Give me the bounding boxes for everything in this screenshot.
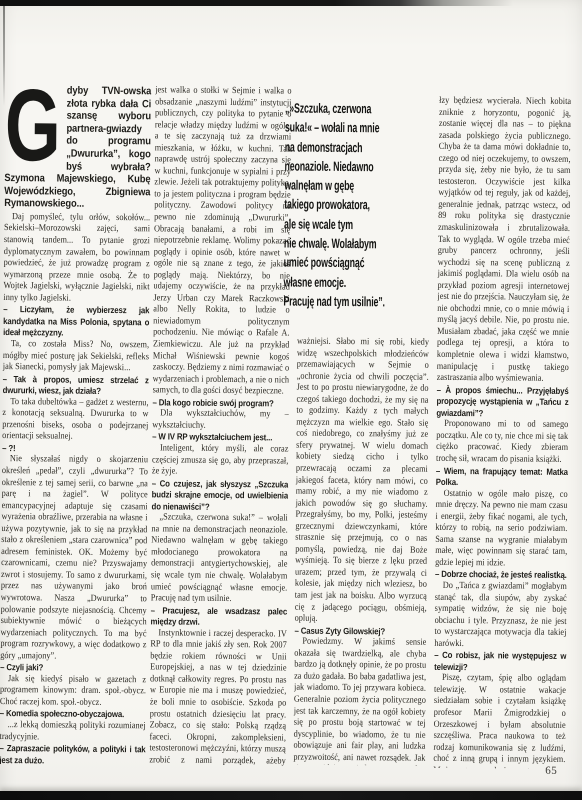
paragraph: – Pracujesz, ale wsadzasz palec między d… (151, 605, 288, 629)
column-3-paragraphs: ważniejsi. Słabo mi się robi, kiedy widz… (293, 337, 429, 766)
paragraph: Ostatnio w ogóle mało piszę, co mnie drę… (435, 488, 568, 570)
pull-quote: „»Szczuka, czerwona suka!« – wołali na m… (283, 98, 413, 311)
article-intro: Gdyby TVN-owska złota rybka dała Ci szan… (4, 84, 151, 211)
paragraph: jest walka o stołki w Sejmie i walka o o… (153, 85, 292, 398)
paragraph: Nie słyszałaś nigdy o skojarzeniu określ… (0, 454, 148, 663)
paragraph: Piszę, czytam, śpię albo oglądam telewiz… (433, 673, 566, 769)
article-content: Gdyby TVN-owska złota rybka dała Ci szan… (0, 0, 582, 800)
scanned-magazine-page: Gdyby TVN-owska złota rybka dała Ci szan… (0, 0, 582, 800)
paragraph: Do „Tańca z gwiazdami” mogłabym stanąć t… (434, 581, 567, 651)
column-1-paragraphs: Daj pomyśleć, tylu orłów, sokołów... Sek… (0, 212, 150, 765)
text-column-2: jest walka o stołki w Sejmie i walka o o… (149, 85, 291, 766)
paragraph: Daj pomyśleć, tylu orłów, sokołów... Sek… (3, 212, 150, 306)
text-column-4: łzy będziesz wycierała. Niech kobita zni… (433, 96, 571, 769)
paragraph: – Co czujesz, jak słyszysz „Szczuka budz… (152, 478, 289, 514)
paragraph: Jak się kiedyś pisało w gazetach z progr… (0, 674, 146, 710)
paragraph: – Tak à propos, umiesz strzelać z dwurur… (3, 374, 149, 398)
paragraph: Inteligent, który myśli, ale coraz częśc… (152, 443, 289, 479)
paragraph: – Czyli jaki? (0, 662, 146, 675)
column-4-paragraphs: łzy będziesz wycierała. Niech kobita zni… (433, 96, 571, 769)
paragraph: ...z lekką domieszką polityki rozumianej… (0, 720, 146, 744)
page-number: 65 (545, 765, 557, 777)
paragraph: łzy będziesz wycierała. Niech kobita zni… (437, 96, 572, 386)
paragraph: Instynktownie i raczej desperacko. IV RP… (149, 628, 287, 766)
paragraph: – Liczyłam, że wybierzesz jak kandydatka… (3, 304, 149, 340)
paragraph: – À propos śmiechu... Przyjęłabyś propoz… (436, 384, 568, 420)
paragraph: „Szczuka, czerwona suka!” – wołali na mn… (151, 513, 288, 607)
text-column-3: ważniejsi. Słabo mi się robi, kiedy widz… (293, 337, 429, 766)
paragraph: – Co robisz, jak nie występujesz w telew… (434, 650, 566, 674)
paragraph: Powiedzmy. W jakimś sensie okazała się t… (293, 637, 426, 766)
text-column-1: Gdyby TVN-owska złota rybka dała Ci szan… (0, 84, 151, 765)
paragraph: Ta, co została Miss? No, owszem, mógłby … (3, 339, 149, 375)
paragraph: To taka dubeltówka – gadżet z westernu, … (2, 397, 148, 444)
paragraph: ważniejsi. Słabo mi się robi, kiedy widz… (295, 337, 430, 627)
scan-edge-bar-bottom (0, 791, 582, 800)
paragraph: Dla wykształciuchów, my – wykształciuchy… (152, 409, 289, 433)
paragraph: – Zapraszacie polityków, a polityki i ta… (0, 743, 146, 765)
paragraph: Proponowano mi to od samego początku. Al… (436, 419, 568, 466)
column-2-paragraphs: jest walka o stołki w Sejmie i walka o o… (149, 85, 291, 766)
drop-cap-g: G (5, 87, 62, 163)
paragraph: – Wiem, na frapujący temat: Matka Polka. (436, 465, 568, 489)
